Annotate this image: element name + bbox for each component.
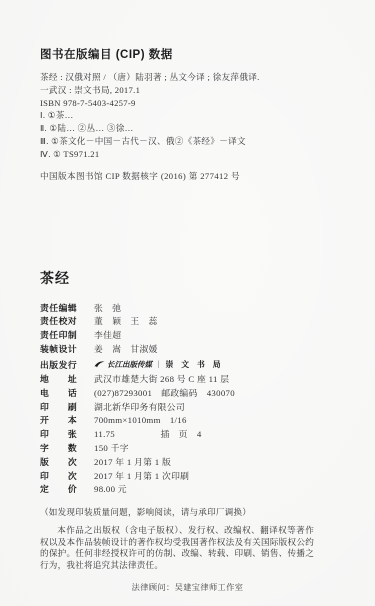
colophon-row-proofreader: 责任校对 董 颖 王 蕊 (40, 315, 335, 329)
colophon-label: 定 价 (40, 483, 84, 497)
colophon-label: 责任印制 (40, 329, 84, 343)
colophon-label: 责任编辑 (40, 302, 84, 316)
changjiang-swoosh-icon (94, 360, 105, 369)
colophon-row-address: 地 址 武汉市雄楚大街 268 号 C 座 11 层 (40, 373, 335, 387)
book-copyright-page: 图书在版编目 (CIP) 数据 茶经 : 汉俄对照 / （唐）陆羽著 ; 丛文今… (0, 0, 375, 606)
copyright-notice: 本作品之出版权（含电子版权）、发行权、改编权、翻译权等著作权以及本作品装帧设计的… (40, 525, 314, 571)
colophon-row-editor: 责任编辑 张 弛 (40, 302, 335, 316)
colophon-row-print-supervisor: 责任印制 李佳超 (40, 329, 335, 343)
cip-description: 茶经 : 汉俄对照 / （唐）陆羽著 ; 丛文今译 ; 徐友萍俄译. 一武汉 :… (40, 71, 335, 161)
publisher-logo: 长江出版传媒 ｜ 崇 文 书 局 (94, 358, 224, 372)
cip-record-number: 中国版本图书馆 CIP 数据核字 (2016) 第 277412 号 (40, 170, 335, 182)
quality-note: （如发现印装质量问题，影响阅读，请与承印厂调换） (40, 506, 335, 518)
colophon-label: 开 本 (40, 414, 84, 428)
colophon-label: 出版发行 (40, 359, 84, 373)
colophon-label: 印 张 (40, 428, 84, 442)
cip-line-class-1: Ⅰ. ①茶… (40, 109, 335, 122)
cip-line-title: 茶经 : 汉俄对照 / （唐）陆羽著 ; 丛文今译 ; 徐友萍俄译. (40, 71, 335, 84)
colophon-value: 武汉市雄楚大街 268 号 C 座 11 层 (94, 373, 229, 387)
colophon-row-format: 开 本 700mm×1010mm 1/16 (40, 414, 335, 428)
publisher-logo-divider: ｜ (155, 358, 163, 372)
colophon-row-wordcount: 字 数 150 千字 (40, 442, 335, 456)
colophon-value: 张 弛 (94, 302, 121, 316)
colophon-row-sheets: 印 张 11.75 插 页 4 (40, 428, 335, 442)
colophon-value: 姜 嵩 甘淑媛 (94, 343, 158, 357)
colophon-value: 李佳超 (94, 329, 121, 343)
colophon-row-price: 定 价 98.00 元 (40, 483, 335, 497)
colophon-row-designer: 装帧设计 姜 嵩 甘淑媛 (40, 343, 335, 357)
cip-section: 图书在版编目 (CIP) 数据 茶经 : 汉俄对照 / （唐）陆羽著 ; 丛文今… (40, 46, 335, 182)
colophon-label: 印 次 (40, 470, 84, 484)
legal-advisor: 法律顾问：吴建宝律师工作室 (40, 582, 335, 593)
colophon-row-publisher: 出版发行 长江出版传媒 ｜ 崇 文 书 局 (40, 357, 335, 373)
page-content: 图书在版编目 (CIP) 数据 茶经 : 汉俄对照 / （唐）陆羽著 ; 丛文今… (0, 0, 375, 593)
colophon-row-printing: 印 次 2017 年 1 月第 1 次印刷 (40, 470, 335, 484)
colophon-label: 版 次 (40, 456, 84, 470)
cip-line-class-4: Ⅳ. ① TS971.21 (40, 148, 335, 161)
colophon-label: 电 话 (40, 387, 84, 401)
colophon-value: 董 颖 王 蕊 (94, 315, 158, 329)
colophon-label: 装帧设计 (40, 343, 84, 357)
colophon-value: 98.00 元 (94, 483, 127, 497)
colophon-value: 2017 年 1 月第 1 版 (94, 456, 171, 470)
colophon-row-phone: 电 话 (027)87293001 邮政编码 430070 (40, 387, 335, 401)
colophon-value: 2017 年 1 月第 1 次印刷 (94, 470, 189, 484)
colophon-value: 湖北新华印务有限公司 (94, 401, 185, 415)
cip-heading: 图书在版编目 (CIP) 数据 (40, 46, 335, 62)
colophon-value: (027)87293001 邮政编码 430070 (94, 387, 235, 401)
colophon-label: 地 址 (40, 373, 84, 387)
colophon-label: 印 刷 (40, 401, 84, 415)
cip-line-isbn: ISBN 978-7-5403-4257-9 (40, 97, 335, 110)
cip-line-publisher: 一武汉 : 崇文书局, 2017.1 (40, 84, 335, 97)
colophon-label: 责任校对 (40, 315, 84, 329)
colophon: 责任编辑 张 弛 责任校对 董 颖 王 蕊 责任印制 李佳超 装帧设计 姜 嵩 … (40, 302, 335, 498)
cip-line-class-3: Ⅲ. ①茶文化－中国－古代－汉、俄②《茶经》－译文 (40, 135, 335, 148)
colophon-value: 700mm×1010mm 1/16 (94, 414, 187, 428)
colophon-value: 11.75 插 页 4 (94, 428, 202, 442)
colophon-row-printer: 印 刷 湖北新华印务有限公司 (40, 401, 335, 415)
cip-line-class-2: Ⅱ. ①陆… ②丛… ③徐… (40, 122, 335, 135)
colophon-value: 150 千字 (94, 442, 129, 456)
publisher-group-name: 长江出版传媒 (107, 358, 152, 372)
publisher-imprint-name: 崇 文 书 局 (166, 358, 224, 372)
colophon-row-edition: 版 次 2017 年 1 月第 1 版 (40, 456, 335, 470)
colophon-label: 字 数 (40, 442, 84, 456)
book-title: 茶经 (40, 268, 335, 288)
